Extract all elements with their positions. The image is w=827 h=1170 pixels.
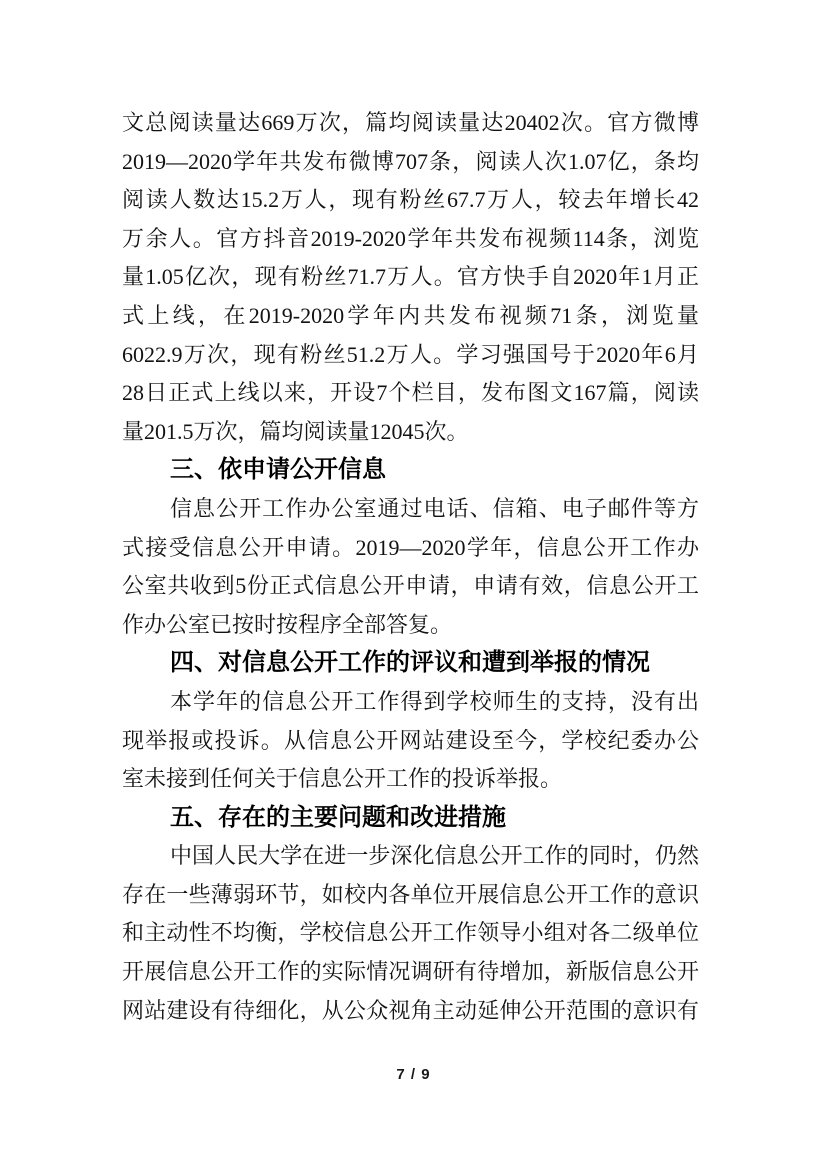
section-heading-3: 三、依申请公开信息	[122, 451, 699, 490]
body-line: 开展信息公开工作的实际情况调研有待增加，新版信息公开	[122, 953, 699, 992]
page-number: 7 / 9	[0, 1066, 827, 1083]
body-line: 万余人。官方抖音2019-2020学年共发布视频114条，浏览	[122, 220, 699, 259]
body-line: 6022.9万次，现有粉丝51.2万人。学习强国号于2020年6月	[122, 336, 699, 375]
body-line: 存在一些薄弱环节，如校内各单位开展信息公开工作的意识	[122, 876, 699, 915]
body-line: 室未接到任何关于信息公开工作的投诉举报。	[122, 760, 699, 799]
body-line: 信息公开工作办公室通过电话、信箱、电子邮件等方	[122, 490, 699, 529]
section-heading-5: 五、存在的主要问题和改进措施	[122, 799, 699, 838]
body-line: 公室共收到5份正式信息公开申请，申请有效，信息公开工	[122, 567, 699, 606]
body-line: 和主动性不均衡，学校信息公开工作领导小组对各二级单位	[122, 914, 699, 953]
body-line: 作办公室已按时按程序全部答复。	[122, 606, 699, 645]
body-line: 量201.5万次，篇均阅读量12045次。	[122, 413, 699, 452]
document-text-block: 文总阅读量达669万次，篇均阅读量达20402次。官方微博 2019—2020学…	[122, 104, 699, 1030]
body-line: 2019—2020学年共发布微博707条，阅读人次1.07亿，条均	[122, 143, 699, 182]
body-line: 28日正式上线以来，开设7个栏目，发布图文167篇，阅读	[122, 374, 699, 413]
body-line: 网站建设有待细化，从公众视角主动延伸公开范围的意识有	[122, 992, 699, 1031]
body-line: 现举报或投诉。从信息公开网站建设至今，学校纪委办公	[122, 722, 699, 761]
section-heading-4: 四、对信息公开工作的评议和遭到举报的情况	[122, 644, 699, 683]
body-line: 阅读人数达15.2万人，现有粉丝67.7万人，较去年增长42	[122, 181, 699, 220]
body-line: 量1.05亿次，现有粉丝71.7万人。官方快手自2020年1月正	[122, 258, 699, 297]
body-line: 式接受信息公开申请。2019—2020学年，信息公开工作办	[122, 529, 699, 568]
body-line: 式上线，在2019-2020学年内共发布视频71条，浏览量	[122, 297, 699, 336]
document-page: 文总阅读量达669万次，篇均阅读量达20402次。官方微博 2019—2020学…	[0, 0, 827, 1170]
body-line: 本学年的信息公开工作得到学校师生的支持，没有出	[122, 683, 699, 722]
body-line: 中国人民大学在进一步深化信息公开工作的同时，仍然	[122, 837, 699, 876]
body-line: 文总阅读量达669万次，篇均阅读量达20402次。官方微博	[122, 104, 699, 143]
